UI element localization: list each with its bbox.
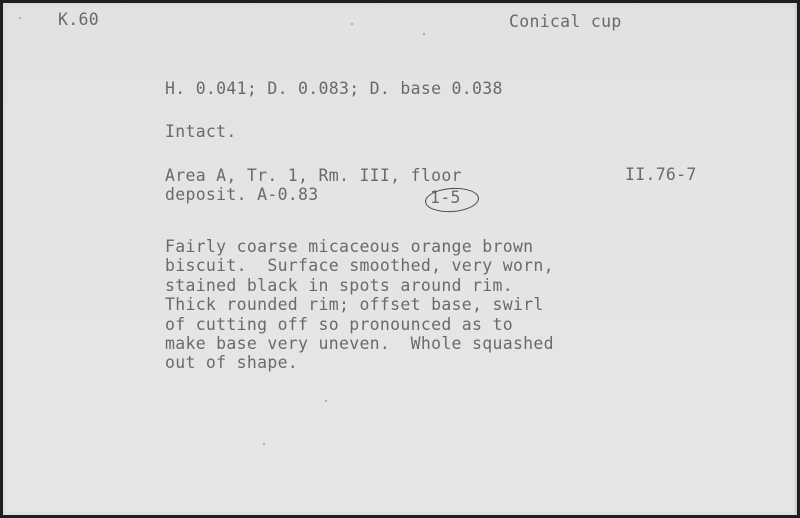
scanned-card-image: K.60 Conical cup H. 0.041; D. 0.083; D. … <box>0 0 800 518</box>
object-type: Conical cup <box>509 13 622 30</box>
findspot: Area A, Tr. 1, Rm. III, floor deposit. A… <box>165 166 462 204</box>
description-line: Fairly coarse micaceous orange brown <box>165 237 554 256</box>
catalog-card: K.60 Conical cup H. 0.041; D. 0.083; D. … <box>3 3 797 515</box>
catalog-number: K.60 <box>58 11 99 28</box>
paper-speck <box>263 443 265 445</box>
paper-speck <box>351 23 353 25</box>
description: Fairly coarse micaceous orange brownbisc… <box>165 237 554 373</box>
description-line: Thick rounded rim; offset base, swirl <box>165 295 554 314</box>
lot-number: 1-5 <box>430 189 461 206</box>
dimensions: H. 0.041; D. 0.083; D. base 0.038 <box>165 80 503 97</box>
condition: Intact. <box>165 123 237 140</box>
description-line: make base very uneven. Whole squashed <box>165 334 554 353</box>
description-line: out of shape. <box>165 353 554 372</box>
description-line: stained black in spots around rim. <box>165 276 554 295</box>
paper-speck <box>19 17 21 19</box>
paper-speck <box>423 33 425 35</box>
findspot-line-2: deposit. A-0.83 <box>165 185 319 204</box>
description-line: biscuit. Surface smoothed, very worn, <box>165 256 554 275</box>
findspot-line-1: Area A, Tr. 1, Rm. III, floor <box>165 166 462 185</box>
reference-number: II.76-7 <box>625 166 697 183</box>
paper-speck <box>325 400 327 402</box>
description-line: of cutting off so pronounced as to <box>165 315 554 334</box>
